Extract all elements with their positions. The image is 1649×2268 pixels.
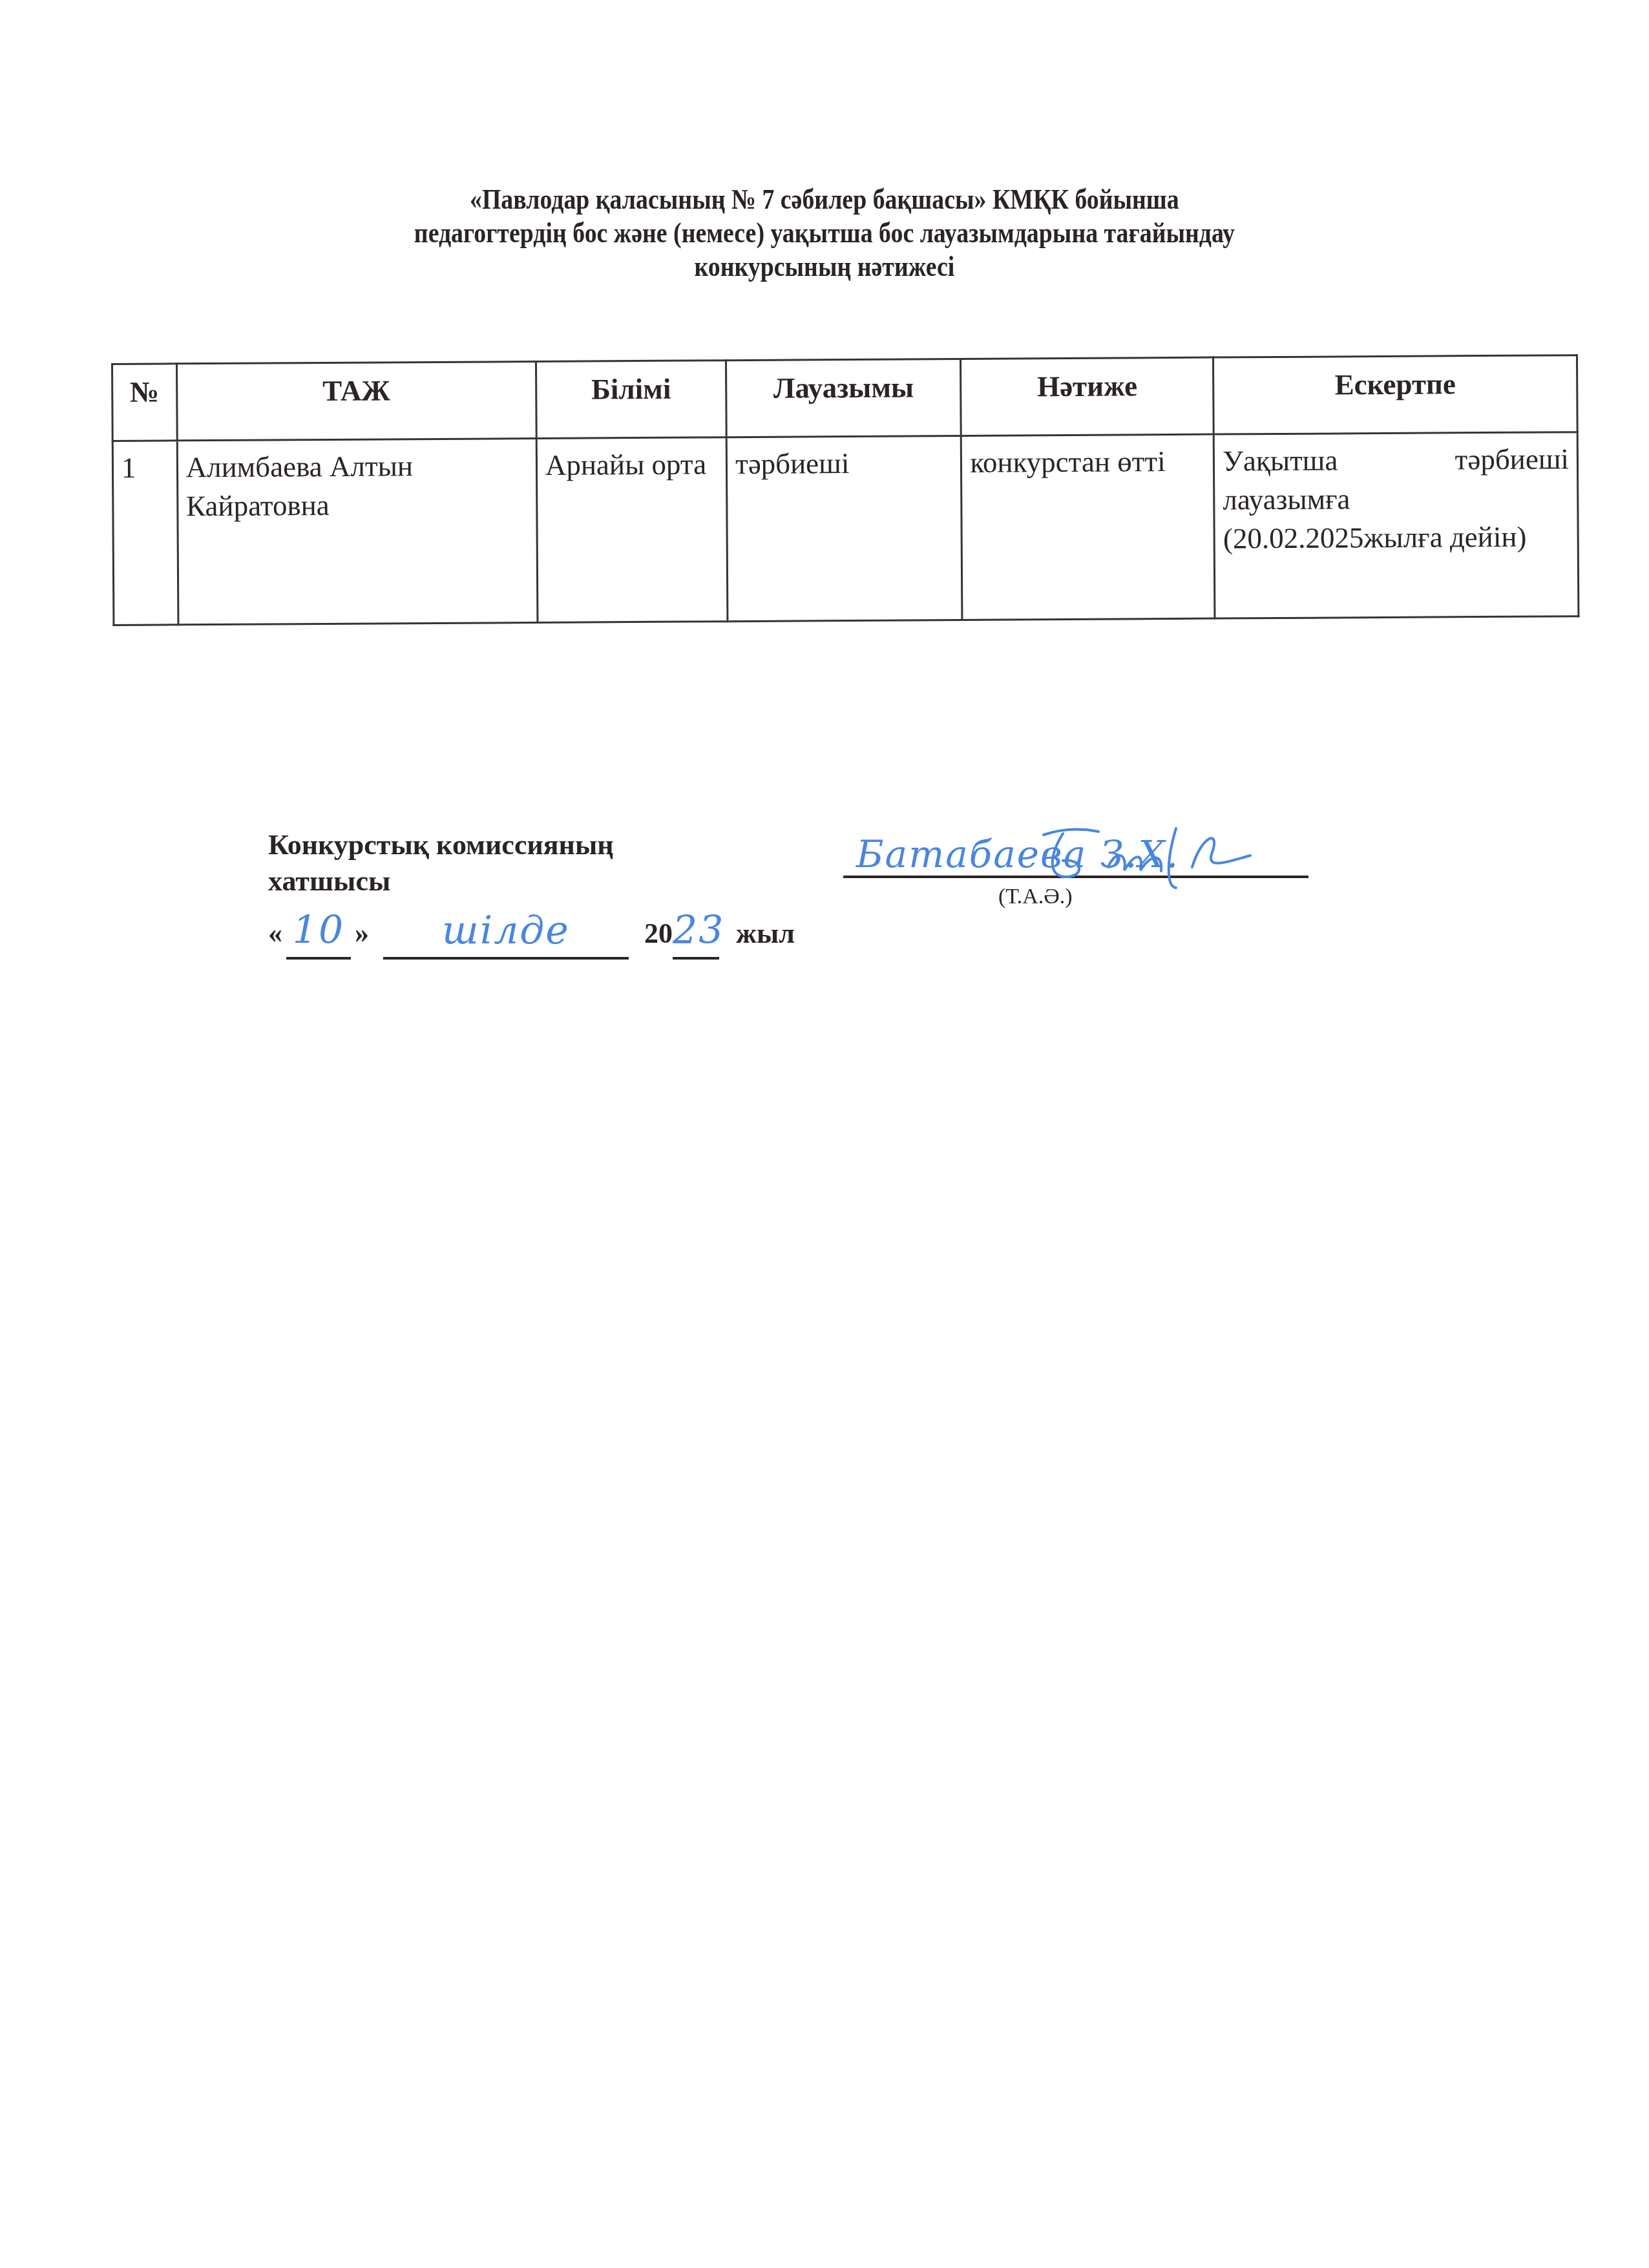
date-day-value: 10 <box>286 908 351 953</box>
secretary-label-line-2: хатшысы <box>268 863 614 899</box>
date-year-prefix: 20 <box>644 908 673 960</box>
signature-icon <box>1037 815 1276 893</box>
cell-number: 1 <box>112 441 178 625</box>
secretary-label-line-1: Конкурстық комиссияның <box>268 827 614 863</box>
cell-result: конкурстан өтті <box>961 434 1215 620</box>
cell-education: Арнайы орта <box>536 437 728 623</box>
note-remainder: лауазымға (20.02.2025жылға дейін) <box>1223 483 1526 554</box>
cell-full-name: Алимбаева Алтын Кайратовна <box>177 438 538 624</box>
title-line-2: педагогтердің бос және (немесе) уақытша … <box>116 216 1534 250</box>
secretary-label: Конкурстық комиссияның хатшысы <box>268 827 614 899</box>
page-title: «Павлодар қаласының № 7 сәбилер бақшасы»… <box>116 183 1534 284</box>
title-line-3: конкурсының нәтижесі <box>116 250 1534 284</box>
date-day-field: 10 <box>286 917 351 960</box>
note-first-line: Уақытша тәрбиеші <box>1223 439 1569 480</box>
date-line: «10»шілде2023жыл <box>268 908 795 960</box>
table-header-row: № ТАЖ Білімі Лауазымы Нәтиже Ескертпе <box>112 355 1578 441</box>
header-position: Лауазымы <box>726 359 961 437</box>
date-year-value: 23 <box>673 908 719 953</box>
header-note: Ескертпе <box>1213 355 1578 434</box>
date-open-quote: « <box>268 908 282 960</box>
date-year-field: 23 <box>673 917 719 960</box>
cell-note: Уақытша тәрбиеші лауазымға (20.02.2025жы… <box>1213 432 1579 618</box>
date-month-value: шілде <box>383 908 629 953</box>
signature-caption: (Т.А.Ә.) <box>998 884 1073 910</box>
header-full-name: ТАЖ <box>176 361 536 440</box>
date-year-word: жыл <box>736 908 795 960</box>
date-close-quote: » <box>355 908 369 960</box>
header-result: Нәтиже <box>961 357 1214 436</box>
table-row: 1 Алимбаева Алтын Кайратовна Арнайы орта… <box>112 432 1579 625</box>
header-education: Білімі <box>536 361 726 439</box>
cell-position: тәрбиеші <box>726 436 962 621</box>
date-month-field: шілде <box>383 917 629 960</box>
title-line-1: «Павлодар қаласының № 7 сәбилер бақшасы»… <box>116 183 1534 216</box>
header-number: № <box>112 364 177 441</box>
results-table: № ТАЖ Білімі Лауазымы Нәтиже Ескертпе 1 … <box>111 354 1579 626</box>
